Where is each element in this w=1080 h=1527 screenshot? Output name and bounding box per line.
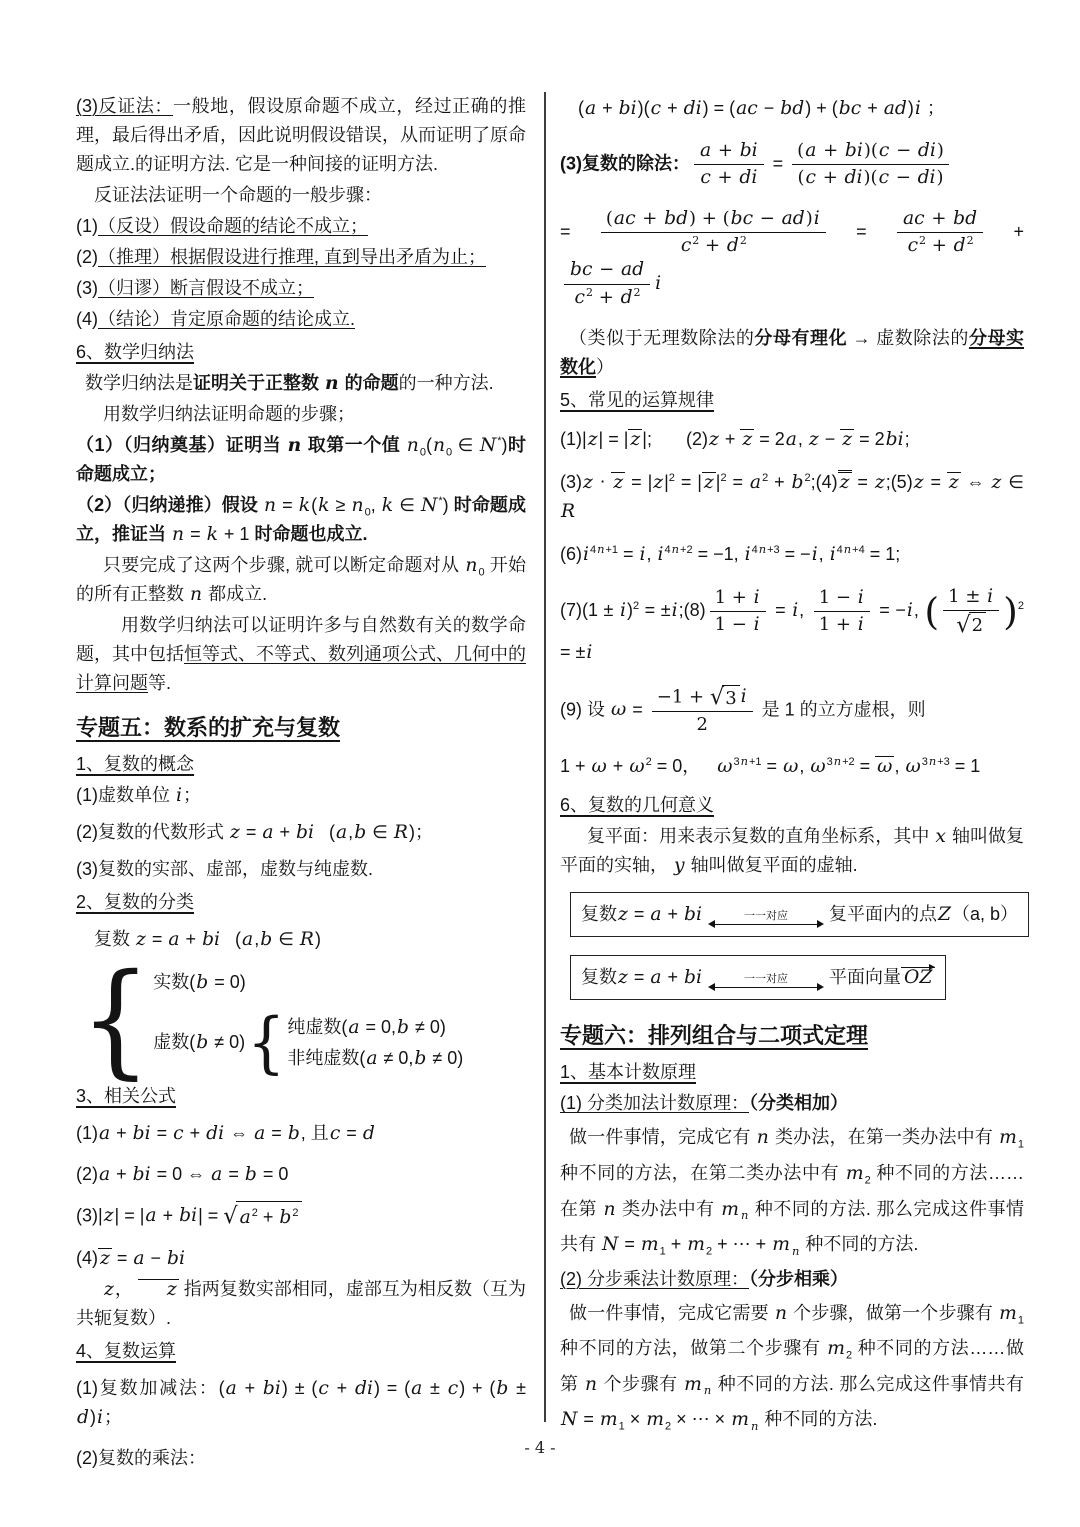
text-run: ±	[509, 1378, 526, 1398]
text-run: 种不同的方法，做第二个步骤有	[560, 1338, 826, 1358]
text-run: 复数	[581, 967, 617, 987]
math-var: m	[599, 1409, 619, 1430]
math-var: i	[96, 1407, 104, 1428]
math-var: z	[913, 472, 925, 493]
fraction: (ac + bd) + (bc − ad)ic2 + d2	[601, 207, 826, 259]
math-var: c	[680, 235, 692, 256]
text-run: =	[855, 756, 876, 776]
conjugate-overline: ω	[875, 756, 894, 777]
text-run: ；	[104, 1407, 122, 1427]
math-var: bd	[952, 208, 978, 229]
math-var: a	[804, 140, 817, 161]
numerator: a + bi	[694, 139, 764, 165]
paragraph: = (ac + bd) + (bc − ad)ic2 + d2 = ac + b…	[560, 207, 1024, 310]
math-var: c	[878, 140, 890, 161]
math-var: ac	[902, 208, 926, 229]
paragraph: 用数学归纳法可以证明许多与自然数有关的数学命题，其中包括恒等式、不等式、数列通项…	[76, 611, 526, 698]
text-run: )	[937, 140, 944, 161]
math-var: k	[206, 524, 219, 545]
math-var: a	[261, 822, 274, 843]
math-var: i	[657, 544, 665, 565]
math-var: n	[584, 1374, 598, 1395]
math-var: di	[917, 140, 937, 161]
text-run: =	[629, 967, 650, 987]
text-run: , 且	[301, 1123, 329, 1143]
text-run: ≥	[330, 495, 350, 515]
text-run: (1)	[76, 1123, 98, 1143]
text-run: )	[806, 208, 813, 229]
math-var: d	[76, 1407, 90, 1428]
math-sup: 3n+1	[734, 756, 762, 768]
math-var: n	[740, 754, 749, 768]
text-run: ) ± (	[282, 1378, 317, 1398]
math-var: i	[585, 642, 593, 663]
text-run: （归谬）断言假设不成立；	[98, 278, 314, 298]
text-run: +	[238, 1378, 262, 1398]
math-sub: n	[740, 1210, 749, 1222]
text-run: (2)复数的代数形式	[76, 822, 229, 842]
text-run: (3)反证法：	[76, 96, 173, 116]
math-var: i	[619, 600, 627, 621]
math-var: bi	[683, 904, 703, 925]
text-run: 4	[752, 544, 758, 556]
numerator: 1 − i	[814, 586, 870, 612]
math-var: c	[805, 167, 817, 188]
math-var: n	[774, 1303, 788, 1324]
text-run: +	[699, 235, 726, 256]
text-run: (2) 分步乘法计数原理：	[560, 1269, 749, 1289]
math-var: a	[210, 1164, 223, 1185]
math-var: c	[329, 1123, 341, 1144]
conjugate-overline: z	[98, 1248, 112, 1269]
text-run: =	[925, 472, 947, 492]
text-run: 实数(	[153, 972, 195, 992]
text-run: （推理）根据假设进行推理, 直到导出矛盾为止；	[98, 247, 486, 267]
math-var: n	[464, 555, 478, 576]
math-sup: 4n+4	[837, 544, 865, 556]
text-run: +2	[680, 544, 693, 556]
math-var: ω	[782, 756, 799, 777]
denominator: 1 + i	[814, 612, 870, 637]
paragraph: z， z 指两复数实部相同，虚部互为相反数（互为共轭复数）.	[76, 1275, 526, 1333]
text-run: ,	[819, 544, 829, 564]
text-run: ) + (	[805, 98, 838, 118]
math-var: i	[811, 544, 819, 565]
denominator: 1 − i	[710, 612, 766, 637]
text-run: +3	[767, 544, 780, 556]
math-sup: 3n+2	[827, 756, 855, 768]
math-var: b	[396, 1017, 410, 1038]
paragraph: （类似于无理数除法的分母有理化 → 虚数除法的分母实数化）	[560, 324, 1024, 382]
text-run: =	[185, 524, 206, 544]
sqrt-radical: √a2 + b2	[223, 1201, 301, 1232]
text-run: 1 ±	[948, 586, 986, 607]
right-column: (a + bi)(c + di) = (ac − bd) + (bc + ad)…	[560, 90, 1024, 1438]
text-run: = 2	[854, 429, 885, 449]
denominator: 2	[652, 712, 753, 736]
text-run: +	[926, 208, 953, 229]
math-var: a	[225, 1378, 238, 1399]
conjugate-overline: z	[840, 429, 854, 450]
math-var: b	[278, 1207, 292, 1228]
text-run: 类办法中有	[617, 1199, 721, 1219]
math-sub: 1	[1018, 1314, 1024, 1326]
paragraph: (a + bi)(c + di) = (ac − bd) + (bc + ad)…	[560, 94, 1024, 123]
text-run: −	[754, 208, 781, 229]
text-run: ,	[798, 429, 808, 449]
text-run: 平面向量	[829, 967, 901, 987]
text-run: 轴叫做复平面的虚轴.	[686, 855, 858, 875]
math-var: ω	[904, 756, 921, 777]
math-var: bi	[201, 929, 221, 950]
math-var: bi	[739, 140, 759, 161]
text-run: 复平面：用来表示复数的直角坐标系，其中	[587, 826, 934, 846]
math-var: di	[683, 98, 703, 119]
text-run: （2）（归纳递推）假设	[76, 495, 263, 515]
math-var: i	[671, 600, 679, 621]
math-var: z	[135, 929, 147, 950]
math-var: i	[582, 544, 590, 565]
math-var: a	[699, 140, 712, 161]
conjugate-overline: z	[611, 472, 625, 493]
math-var: n	[756, 1127, 770, 1148]
math-var: n	[324, 372, 340, 394]
big-paren: (	[924, 589, 939, 633]
math-var: z	[839, 472, 851, 493]
text-run: (1)|	[560, 429, 587, 449]
text-run: +	[181, 929, 202, 949]
math-var: bi	[132, 1164, 152, 1185]
text-run: （a, b）	[952, 904, 1018, 924]
text-run: (7)(1 ±	[560, 600, 619, 620]
numerator: (a + bi)(c − di)	[792, 139, 949, 165]
math-var: di	[917, 167, 937, 188]
math-var: z	[229, 822, 241, 843]
text-run: = 1	[950, 756, 981, 776]
text-run: (6)	[560, 544, 582, 564]
math-var: z	[103, 1205, 115, 1226]
text-run: 取第一个值	[302, 435, 406, 455]
math-sub: 1	[1018, 1139, 1024, 1151]
math-var: d	[620, 287, 634, 308]
conjugate-overline: z	[138, 1279, 179, 1300]
math-var: z	[741, 429, 753, 450]
math-var: i	[829, 544, 837, 565]
math-var: n	[703, 1383, 712, 1397]
text-run: 的命题	[340, 373, 399, 393]
text-run: =	[770, 600, 792, 620]
math-var: n	[928, 754, 937, 768]
text-run: )；	[409, 822, 433, 842]
text-run: +3	[937, 756, 950, 768]
paragraph: (1)复数加减法：(a + bi) ± (c + di) = (a ± c) +…	[76, 1374, 526, 1432]
math-var: z	[166, 1279, 178, 1300]
math-var: m	[771, 1234, 791, 1255]
text-run: 专题五：数系的扩充与复数	[76, 715, 340, 740]
text-run: +	[330, 1378, 354, 1398]
text-run: ±	[423, 1378, 447, 1398]
math-var: n	[740, 1208, 749, 1222]
text-run: 1 −	[819, 587, 857, 608]
numerator: −1 + √3i	[652, 685, 753, 712]
math-var: z	[874, 472, 886, 493]
math-var: b	[791, 472, 805, 493]
math-var: z	[582, 472, 594, 493]
paragraph: 复平面：用来表示复数的直角坐标系，其中 x 轴叫做复平面的实轴， y 轴叫做复平…	[560, 822, 1024, 880]
paragraph: (9) 设 ω = −1 + √3i2 是 1 的立方虚根，则	[560, 685, 1024, 737]
text-run: × ⋯ ×	[671, 1409, 730, 1429]
text-run: +	[111, 1164, 132, 1184]
text-run: 3	[725, 688, 736, 709]
math-var: R	[299, 929, 315, 950]
text-run: 复数	[94, 929, 135, 949]
text-run: ∈	[273, 929, 299, 949]
math-var: z	[617, 904, 629, 925]
math-var: n	[406, 435, 420, 456]
imaginary-number-case: 虚数(b ≠ 0){纯虚数(a = 0,b ≠ 0)非纯虚数(a ≠ 0,b ≠…	[153, 1013, 463, 1073]
text-run: ∈	[367, 822, 393, 842]
text-run: | = |	[599, 429, 629, 449]
math-var: c	[317, 1378, 329, 1399]
text-run: 证明关于正整数	[193, 373, 324, 393]
math-var: i	[906, 600, 914, 621]
paragraph: (6)i4n+1 = i, i4n+2 = −1, i4n+3 = −i, i4…	[560, 540, 1024, 569]
text-run: 做一件事情，完成它需要	[569, 1303, 774, 1323]
text-run: 都成立.	[203, 584, 267, 604]
section-heading: 2、复数的分类	[76, 888, 526, 917]
text-run: )(	[864, 140, 878, 161]
math-var: N	[479, 435, 497, 456]
text-run: （类似于无理数除法的	[569, 328, 754, 348]
text-run: ) = (	[703, 98, 736, 118]
text-run: 3	[827, 756, 833, 768]
chapter-title: 专题六：排列组合与二项式定理	[560, 1020, 1024, 1052]
text-run: 时命题也成立.	[254, 524, 367, 544]
text-run: =	[341, 1123, 362, 1143]
text-run: −	[890, 140, 917, 161]
text-run: −	[820, 429, 841, 449]
math-var: z	[703, 472, 715, 493]
text-run: 种不同的方法，在第二类办法中有	[560, 1163, 845, 1183]
fraction: −1 + √3i2	[652, 685, 753, 737]
text-run: (1) 分类加法计数原理：	[560, 1093, 749, 1113]
text-run: +4	[852, 544, 865, 556]
text-run: 1 −	[715, 614, 753, 635]
text-run: 2、复数的分类	[76, 892, 194, 912]
text-run: 只要完成了这两个步骤, 就可以断定命题对从	[103, 555, 464, 575]
text-run: (1)复数加减法：	[76, 1378, 219, 1398]
math-var: a	[410, 1378, 423, 1399]
math-sup: 2	[292, 1207, 298, 1219]
text-run: =	[277, 495, 298, 515]
math-var: a	[239, 1207, 252, 1228]
text-run: (3)	[76, 278, 98, 298]
sqrt-radical: √2	[956, 612, 986, 637]
math-var: m	[683, 1374, 703, 1395]
math-var: d	[362, 1123, 376, 1144]
math-var: i	[639, 544, 647, 565]
section-heading: 6、数学归纳法	[76, 338, 526, 367]
math-var: i	[791, 600, 799, 621]
text-run: = |	[675, 472, 702, 492]
text-run: 是 1 的立方虚根，则	[757, 699, 926, 719]
text-run: (2)	[76, 247, 98, 267]
math-sub: n	[703, 1385, 712, 1397]
math-var: m	[730, 1409, 750, 1430]
math-var: a	[785, 429, 798, 450]
text-run: (1)虚数单位	[76, 785, 175, 805]
text-run: 1、复数的概念	[76, 754, 194, 774]
text-run: = 0,	[360, 1017, 396, 1037]
math-var: a	[241, 929, 254, 950]
paragraph: (3)（归谬）断言假设不成立；	[76, 274, 526, 303]
numerator: (ac + bd) + (bc − ad)i	[601, 207, 826, 233]
text-run: )	[443, 495, 454, 515]
math-var: n	[833, 754, 842, 768]
math-var: ad	[781, 208, 806, 229]
math-var: n	[263, 495, 277, 516]
math-var: b	[244, 1164, 258, 1185]
math-sub: n	[791, 1246, 800, 1258]
text-run: (2)	[686, 429, 708, 449]
text-run: 等.	[148, 673, 171, 693]
math-var: bi	[166, 1248, 186, 1269]
text-run: = 0)	[209, 972, 246, 992]
math-var: bc	[838, 98, 862, 119]
text-run: +	[720, 429, 741, 449]
text-run: (2)	[76, 1164, 98, 1184]
paragraph: 数学归纳法是证明关于正整数 n 的命题的一种方法.	[76, 369, 526, 398]
math-var: n	[791, 1244, 800, 1258]
math-var: z	[629, 429, 641, 450]
math-sup: 2	[1018, 600, 1024, 612]
paragraph: (2)（推理）根据假设进行推理, 直到导出矛盾为止；	[76, 243, 526, 272]
text-run: +	[712, 140, 739, 161]
fraction: 1 ± i√2	[943, 585, 999, 638]
math-var: n	[189, 584, 203, 605]
text-run: 4	[837, 544, 843, 556]
section-heading: 5、常见的运算规律	[560, 386, 1024, 415]
text-run: 做一件事情，完成它有	[569, 1127, 756, 1147]
math-var: c	[907, 235, 919, 256]
math-var: m	[645, 1409, 665, 1430]
text-run: +	[926, 235, 953, 256]
text-run: =	[727, 472, 749, 492]
paragraph: 1 + ω + ω2 = 0，ω3n+1 = ω, ω3n+2 = ω, ω3n…	[560, 752, 1024, 781]
math-var: z	[587, 429, 599, 450]
math-var: a	[98, 1164, 111, 1185]
text-run: 6、复数的几何意义	[560, 795, 714, 815]
text-run: = −	[874, 600, 906, 620]
sqrt-radical: √3	[710, 685, 740, 710]
math-var: c	[878, 167, 890, 188]
math-var: di	[738, 167, 758, 188]
math-var: m	[640, 1234, 660, 1255]
math-sup: 4n+3	[752, 544, 780, 556]
text-run: → 虚数除法的	[847, 328, 969, 348]
text-run: +	[111, 1123, 132, 1143]
math-var: bi	[618, 98, 638, 119]
math-var: ω	[876, 756, 893, 777]
paragraph: (3)复数的除法：a + bic + di = (a + bi)(c − di)…	[560, 139, 1024, 191]
bidirectional-arrow-icon: 一一对应	[710, 911, 822, 925]
math-var: i	[175, 785, 183, 806]
paragraph: (2)a + bi = 0 ⇔ a = b = 0	[76, 1160, 526, 1189]
text-run: （分步相乘）	[749, 1269, 848, 1289]
paragraph: (1) 分类加法计数原理：（分类相加）	[560, 1089, 1024, 1118]
text-run: +	[593, 287, 620, 308]
text-run: 专题六：排列组合与二项式定理	[560, 1023, 868, 1048]
math-var: bc	[730, 208, 754, 229]
math-var: a	[649, 904, 662, 925]
text-run: 3	[922, 756, 928, 768]
math-var: b	[195, 1032, 209, 1053]
text-run: | = |	[115, 1205, 145, 1225]
text-run: =	[830, 221, 893, 241]
text-run: 6、数学归纳法	[76, 342, 194, 362]
text-run: +	[275, 822, 296, 842]
fraction: (a + bi)(c − di)(c + di)(c − di)	[792, 139, 949, 191]
math-var: c	[447, 1378, 459, 1399]
text-run: +	[258, 1207, 279, 1227]
denominator: c2 + d2	[897, 233, 983, 258]
math-var: bd	[779, 98, 805, 119]
conjugate-overline: z	[947, 472, 961, 493]
text-run: −	[593, 259, 620, 280]
text-run: )(	[638, 98, 650, 118]
section-heading: 1、复数的概念	[76, 750, 526, 779]
conjugate-overline: z	[702, 472, 716, 493]
conjugate-overline: z	[628, 429, 642, 450]
math-sup: 2	[634, 286, 641, 299]
section-heading: 1、基本计数原理	[560, 1058, 1024, 1087]
math-var: i	[744, 544, 752, 565]
conjugate-overline: z	[740, 429, 754, 450]
text-run: =	[768, 154, 789, 174]
paragraph: 只要完成了这两个步骤, 就可以断定命题对从 n0 开始的所有正整数 n 都成立.	[76, 551, 526, 609]
math-var: bi	[295, 822, 315, 843]
text-run: | =	[198, 1205, 223, 1225]
box-left-formula: 复数z = a + bi	[581, 963, 703, 992]
text-run: 复平面内的点	[829, 904, 937, 924]
text-run: =	[629, 904, 650, 924]
text-run: ⇔	[961, 472, 991, 492]
text-run: +	[862, 98, 883, 118]
paragraph: (7)(1 ± i)2 = ±i;(8)1 + i1 − i = i, 1 − …	[560, 585, 1024, 667]
text-run: 1 +	[560, 756, 591, 776]
box-left-formula: 复数z = a + bi	[581, 900, 703, 929]
math-var: bi	[178, 1205, 198, 1226]
math-var: a	[98, 1123, 111, 1144]
math-var: N	[420, 495, 438, 516]
math-var: bi	[132, 1123, 152, 1144]
text-run: 非纯虚数(	[287, 1048, 365, 1068]
text-run: |;	[642, 429, 652, 449]
text-run: 个步骤有	[598, 1374, 683, 1394]
text-run: ；	[922, 98, 945, 118]
text-run: +	[663, 967, 684, 987]
math-var: m	[845, 1163, 865, 1184]
outer-brace-icon: {	[80, 958, 151, 1081]
math-var: i	[654, 273, 662, 294]
math-var: i	[857, 614, 865, 635]
text-run: +	[987, 221, 1024, 241]
math-var: c	[650, 98, 662, 119]
text-run: −	[890, 167, 917, 188]
text-run: （反设）假设命题的结论不成立；	[98, 216, 368, 236]
text-run: +	[608, 756, 629, 776]
math-var: z	[652, 472, 664, 493]
